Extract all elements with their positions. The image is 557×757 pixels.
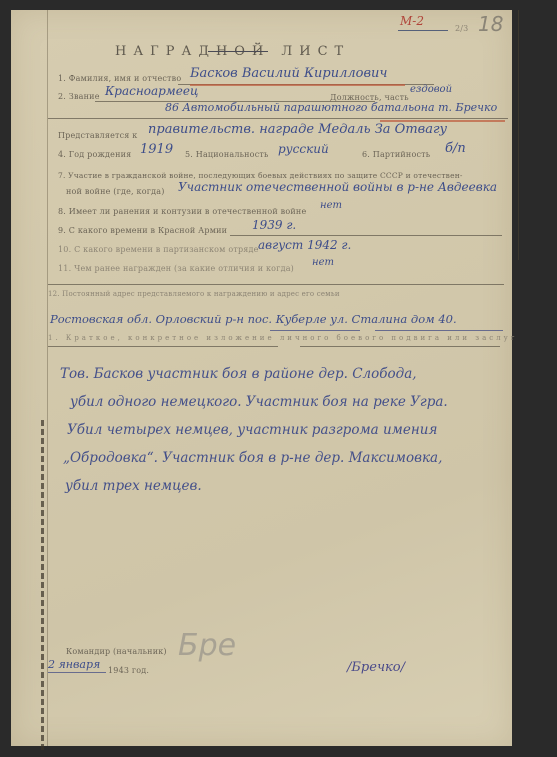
archive-mark: М-2 (400, 14, 424, 28)
position-value: ездовой (410, 84, 452, 95)
field-7-value: Участник отечественной войны в р-не Авде… (178, 180, 497, 194)
field-6-label: 6. Партийность (362, 150, 430, 159)
field-11-rule (48, 284, 504, 285)
archive-mark-underline (398, 30, 448, 31)
title-strikethrough (208, 51, 268, 52)
unit-rule (48, 118, 508, 119)
signature-date: 2 января (48, 658, 100, 671)
field-12-label: 12. Постоянный адрес представляемого к н… (48, 290, 340, 298)
summary-label: 1. Краткое, конкретное изложение личного… (48, 334, 517, 342)
summary-rule-1 (48, 346, 278, 347)
binding-perforation (41, 420, 44, 750)
commander-signature: Бре (178, 628, 236, 663)
field-10-label: 10. С какого времени в партизанском отря… (58, 245, 259, 254)
left-margin-line (47, 10, 48, 746)
narrative-line: убил одного немецкого. Участник боя на р… (55, 388, 448, 416)
field-1-red-underline (190, 84, 405, 86)
commander-label: Командир (начальник) (66, 647, 167, 656)
field-10-value: август 1942 г. (258, 238, 351, 252)
narrative-line: Убил четырех немцев, участник разгрома и… (55, 416, 448, 444)
summary-rule-2 (300, 346, 500, 347)
field-2-value: Красноармеец (105, 84, 198, 98)
narrative-line: убил трех немцев. (55, 472, 448, 500)
field-9-rule (230, 235, 502, 236)
date-underline (48, 672, 106, 673)
field-5-value: русский (278, 142, 329, 156)
field-6-value: б/п (445, 141, 466, 156)
field-2-label: 2. Звание (58, 92, 100, 101)
unit-value: 86 Автомобильный парашютного батальона т… (165, 101, 497, 114)
right-margin-line (518, 10, 519, 260)
field-3-label: Представляется к (58, 131, 138, 140)
address-underline-2 (375, 330, 503, 331)
field-9-label: 9. С какого времени в Красной Армии (58, 226, 227, 235)
field-4-value: 1919 (140, 142, 173, 157)
archive-suffix: 2/3 (455, 24, 468, 33)
field-7-label-line1: 7. Участие в гражданской войне, последую… (58, 171, 463, 180)
field-12-value: Ростовская обл. Орловский р-н пос. Кубер… (50, 312, 457, 326)
field-5-label: 5. Национальность (185, 150, 269, 159)
field-9-value: 1939 г. (252, 218, 296, 232)
address-underline-1 (270, 330, 360, 331)
page-number: 18 (478, 12, 503, 36)
field-1-label: 1. Фамилия, имя и отчество (58, 74, 181, 83)
narrative-block: Тов. Басков участник боя в районе дер. С… (55, 360, 448, 500)
year-label: 1943 год. (108, 666, 149, 675)
field-11-value: нет (312, 257, 334, 268)
field-7-label-line2: ной войне (где, когда) (66, 187, 165, 196)
field-11-label: 11. Чем ранее награжден (за какие отличи… (58, 264, 294, 273)
field-8-value: нет (320, 200, 342, 211)
signature-name: /Бречко/ (347, 660, 405, 675)
narrative-line: „Обродовка“. Участник боя в р-не дер. Ма… (55, 444, 448, 472)
field-1-value: Басков Василий Кириллович (190, 66, 388, 81)
field-4-label: 4. Год рождения (58, 150, 131, 159)
field-8-label: 8. Имеет ли ранения и контузии в отечест… (58, 207, 306, 216)
narrative-line: Тов. Басков участник боя в районе дер. С… (55, 360, 448, 388)
field-3-value: правительств. награде Медаль За Отвагу (148, 122, 447, 137)
